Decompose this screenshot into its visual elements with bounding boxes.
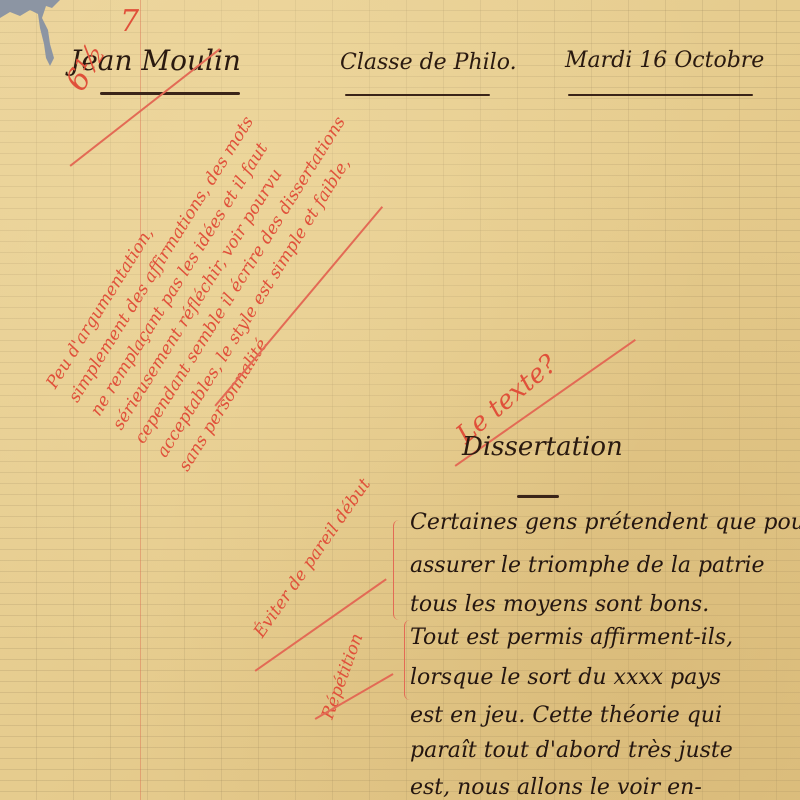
date-label: Mardi 16 Octobre [565, 48, 764, 73]
essay-title: Dissertation [462, 432, 623, 462]
essay-line: assurer le triomphe de la patrie [410, 553, 765, 578]
margin-bracket [404, 620, 411, 700]
grade-secondary: 7 [120, 4, 139, 39]
essay-line: Tout est permis affirment-ils, [410, 625, 733, 650]
date-underline [568, 94, 753, 96]
torn-corner [0, 0, 70, 70]
essay-line: paraît tout d'abord très juste [410, 738, 733, 763]
class-underline [345, 94, 490, 96]
essay-line: tous les moyens sont bons. [410, 592, 709, 617]
margin-bracket [393, 520, 400, 620]
class-label: Classe de Philo. [340, 50, 517, 75]
title-dash [517, 495, 559, 498]
essay-line: lorsque le sort du xxxx pays [410, 665, 721, 690]
essay-line: Certaines gens prétendent que pour [410, 510, 800, 535]
essay-line: est, nous allons le voir en- [410, 775, 702, 800]
essay-line: est en jeu. Cette théorie qui [410, 703, 722, 728]
